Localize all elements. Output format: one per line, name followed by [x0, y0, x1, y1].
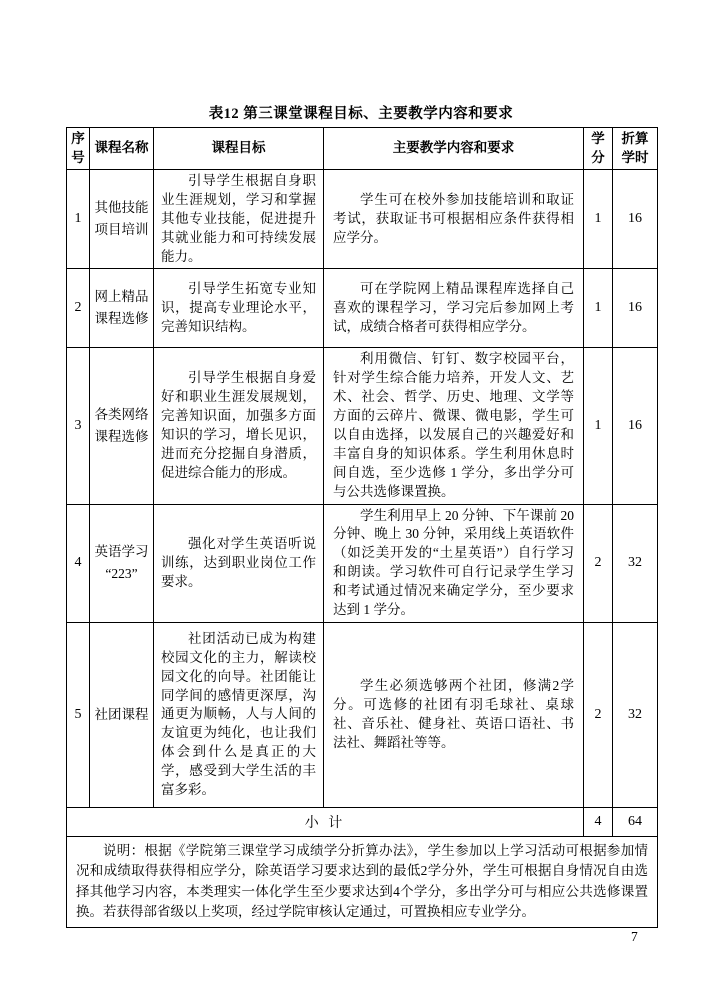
- row-number: 3: [67, 348, 90, 504]
- course-credits: 2: [584, 622, 613, 807]
- table-row: 5 社团课程 社团活动已成为构建校园文化的主力，解读校园文化的向导。社团能让同学…: [67, 622, 658, 807]
- course-content: 利用微信、钉钉、数字校园平台，针对学生综合能力培养，开发人文、艺术、社会、哲学、…: [324, 348, 584, 504]
- course-objective: 引导学生根据自身爱好和职业生涯发展规划，完善知识面，加强多方面知识的学习，增长见…: [154, 348, 324, 504]
- subtotal-credits: 4: [584, 807, 613, 836]
- subtotal-hours: 64: [613, 807, 658, 836]
- course-name: 社团课程: [90, 622, 154, 807]
- table-row: 2 网上精品 课程选修 引导学生拓宽专业知识，提高专业理论水平，完善知识结构。 …: [67, 269, 658, 348]
- course-content: 学生可在校外参加技能培训和取证考试，获取证书可根据相应条件获得相应学分。: [324, 170, 584, 269]
- course-name: 其他技能 项目培训: [90, 170, 154, 269]
- header-hours: 折算 学时: [613, 128, 658, 170]
- page-number: 7: [631, 929, 638, 945]
- course-objective: 引导学生拓宽专业知识，提高专业理论水平，完善知识结构。: [154, 269, 324, 348]
- table-row: 4 英语学习 “223” 强化对学生英语听说训练，达到职业岗位工作要求。 学生利…: [67, 504, 658, 622]
- note-row: 说明：根据《学院第三课堂学习成绩学分折算办法》，学生参加以上学习活动可根据参加情…: [67, 836, 658, 927]
- note-text: 说明：根据《学院第三课堂学习成绩学分折算办法》，学生参加以上学习活动可根据参加情…: [67, 836, 658, 927]
- course-objective: 强化对学生英语听说训练，达到职业岗位工作要求。: [154, 504, 324, 622]
- course-hours: 16: [613, 170, 658, 269]
- header-credits: 学 分: [584, 128, 613, 170]
- course-name: 网上精品 课程选修: [90, 269, 154, 348]
- header-content: 主要教学内容和要求: [324, 128, 584, 170]
- header-no: 序 号: [67, 128, 90, 170]
- course-hours: 16: [613, 269, 658, 348]
- course-credits: 1: [584, 348, 613, 504]
- course-hours: 16: [613, 348, 658, 504]
- table-row: 3 各类网络 课程选修 引导学生根据自身爱好和职业生涯发展规划，完善知识面，加强…: [67, 348, 658, 504]
- row-number: 5: [67, 622, 90, 807]
- table-row: 1 其他技能 项目培训 引导学生根据自身职业生涯规划，学习和掌握其他专业技能，促…: [67, 170, 658, 269]
- subtotal-label: 小 计: [67, 807, 584, 836]
- course-content: 学生必须选够两个社团，修满2学分。可选修的社团有羽毛球社、桌球社、音乐社、健身社…: [324, 622, 584, 807]
- row-number: 1: [67, 170, 90, 269]
- table-title: 表12 第三课堂课程目标、主要教学内容和要求: [0, 102, 722, 123]
- course-objective: 社团活动已成为构建校园文化的主力，解读校园文化的向导。社团能让同学间的感情更深厚…: [154, 622, 324, 807]
- course-credits: 1: [584, 269, 613, 348]
- course-hours: 32: [613, 504, 658, 622]
- header-course-name: 课程名称: [90, 128, 154, 170]
- subtotal-row: 小 计 4 64: [67, 807, 658, 836]
- course-table: 序 号 课程名称 课程目标 主要教学内容和要求 学 分 折算 学时 1 其他技能…: [66, 127, 658, 928]
- course-content: 学生利用早上 20 分钟、下午课前 20 分钟、晚上 30 分钟，采用线上英语软…: [324, 504, 584, 622]
- header-objective: 课程目标: [154, 128, 324, 170]
- row-number: 4: [67, 504, 90, 622]
- course-credits: 1: [584, 170, 613, 269]
- course-credits: 2: [584, 504, 613, 622]
- course-content: 可在学院网上精品课程库选择自己喜欢的课程学习，学习完后参加网上考试，成绩合格者可…: [324, 269, 584, 348]
- course-hours: 32: [613, 622, 658, 807]
- course-objective: 引导学生根据自身职业生涯规划，学习和掌握其他专业技能，促进提升其就业能力和可持续…: [154, 170, 324, 269]
- document-page: 表12 第三课堂课程目标、主要教学内容和要求 序 号 课程名称 课程目标 主要教…: [0, 0, 722, 1005]
- row-number: 2: [67, 269, 90, 348]
- course-name: 英语学习 “223”: [90, 504, 154, 622]
- course-name: 各类网络 课程选修: [90, 348, 154, 504]
- header-row: 序 号 课程名称 课程目标 主要教学内容和要求 学 分 折算 学时: [67, 128, 658, 170]
